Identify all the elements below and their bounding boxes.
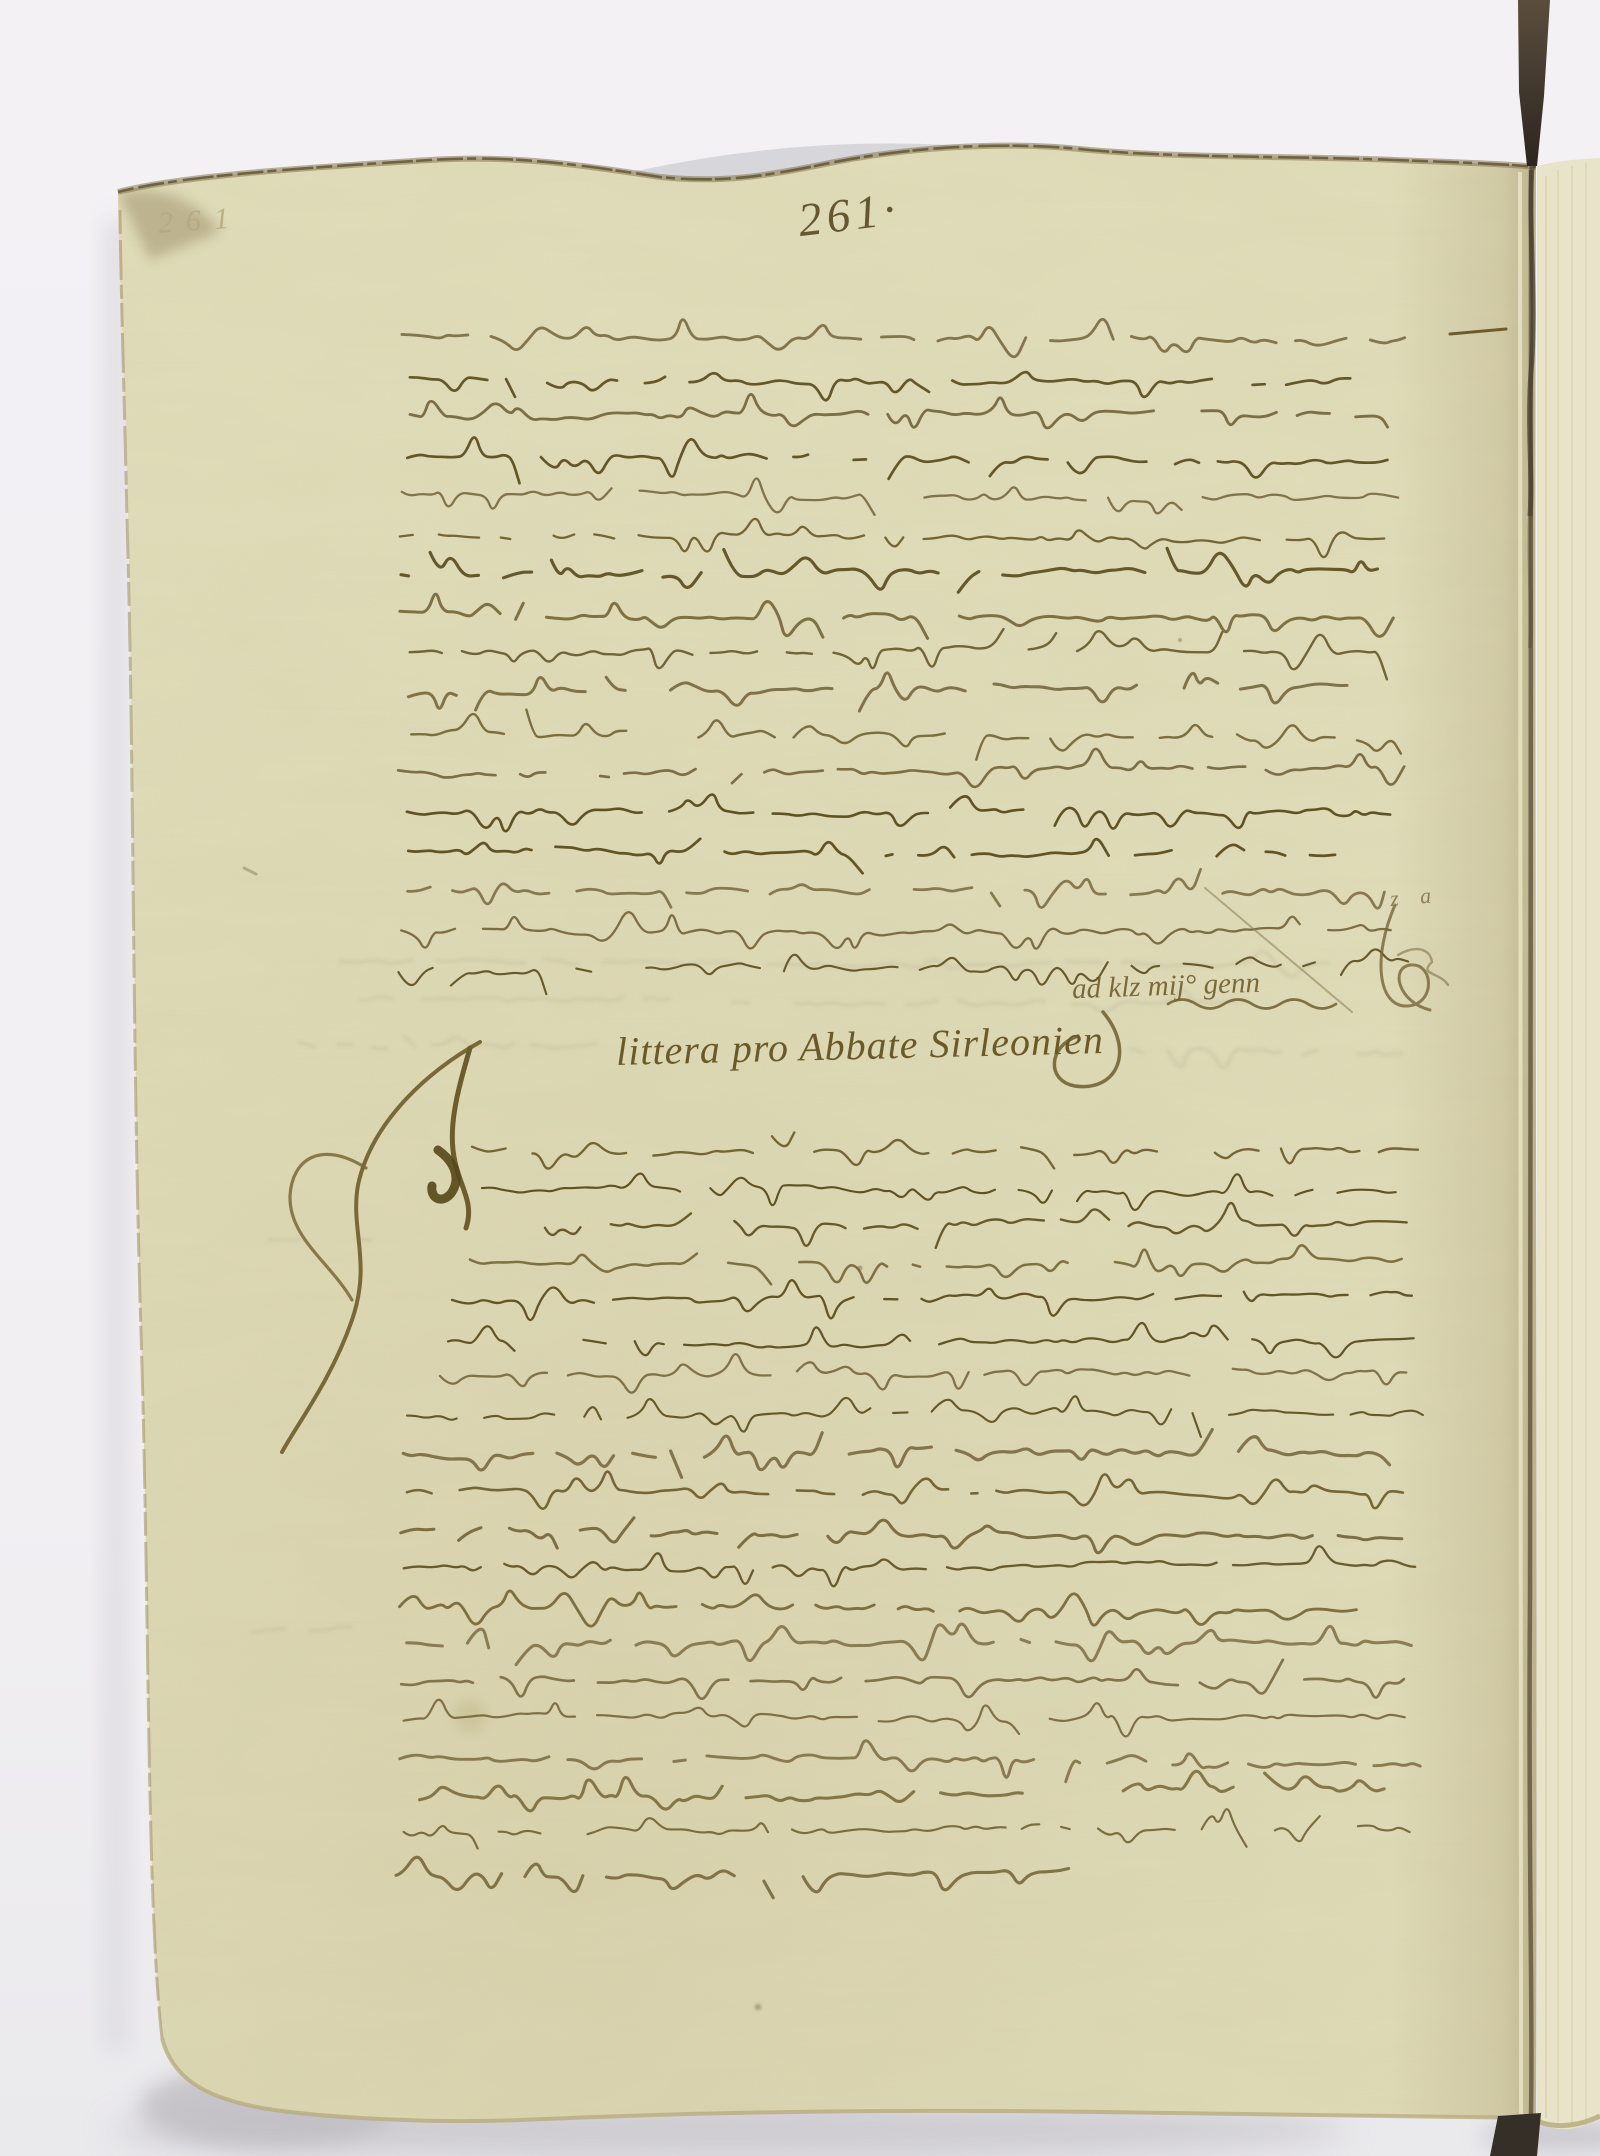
manuscript-scene [0, 0, 1600, 2156]
paper-sheet [110, 130, 1550, 2140]
bookmark-ribbon-bottom [1490, 2113, 1541, 2156]
gutter-shading [1390, 130, 1540, 2140]
manuscript-photo: 261· 261 littera pro Abbate Sirleonien a… [0, 0, 1600, 2156]
page-texture [110, 130, 1550, 2140]
facing-page-edges [1537, 158, 1600, 2129]
